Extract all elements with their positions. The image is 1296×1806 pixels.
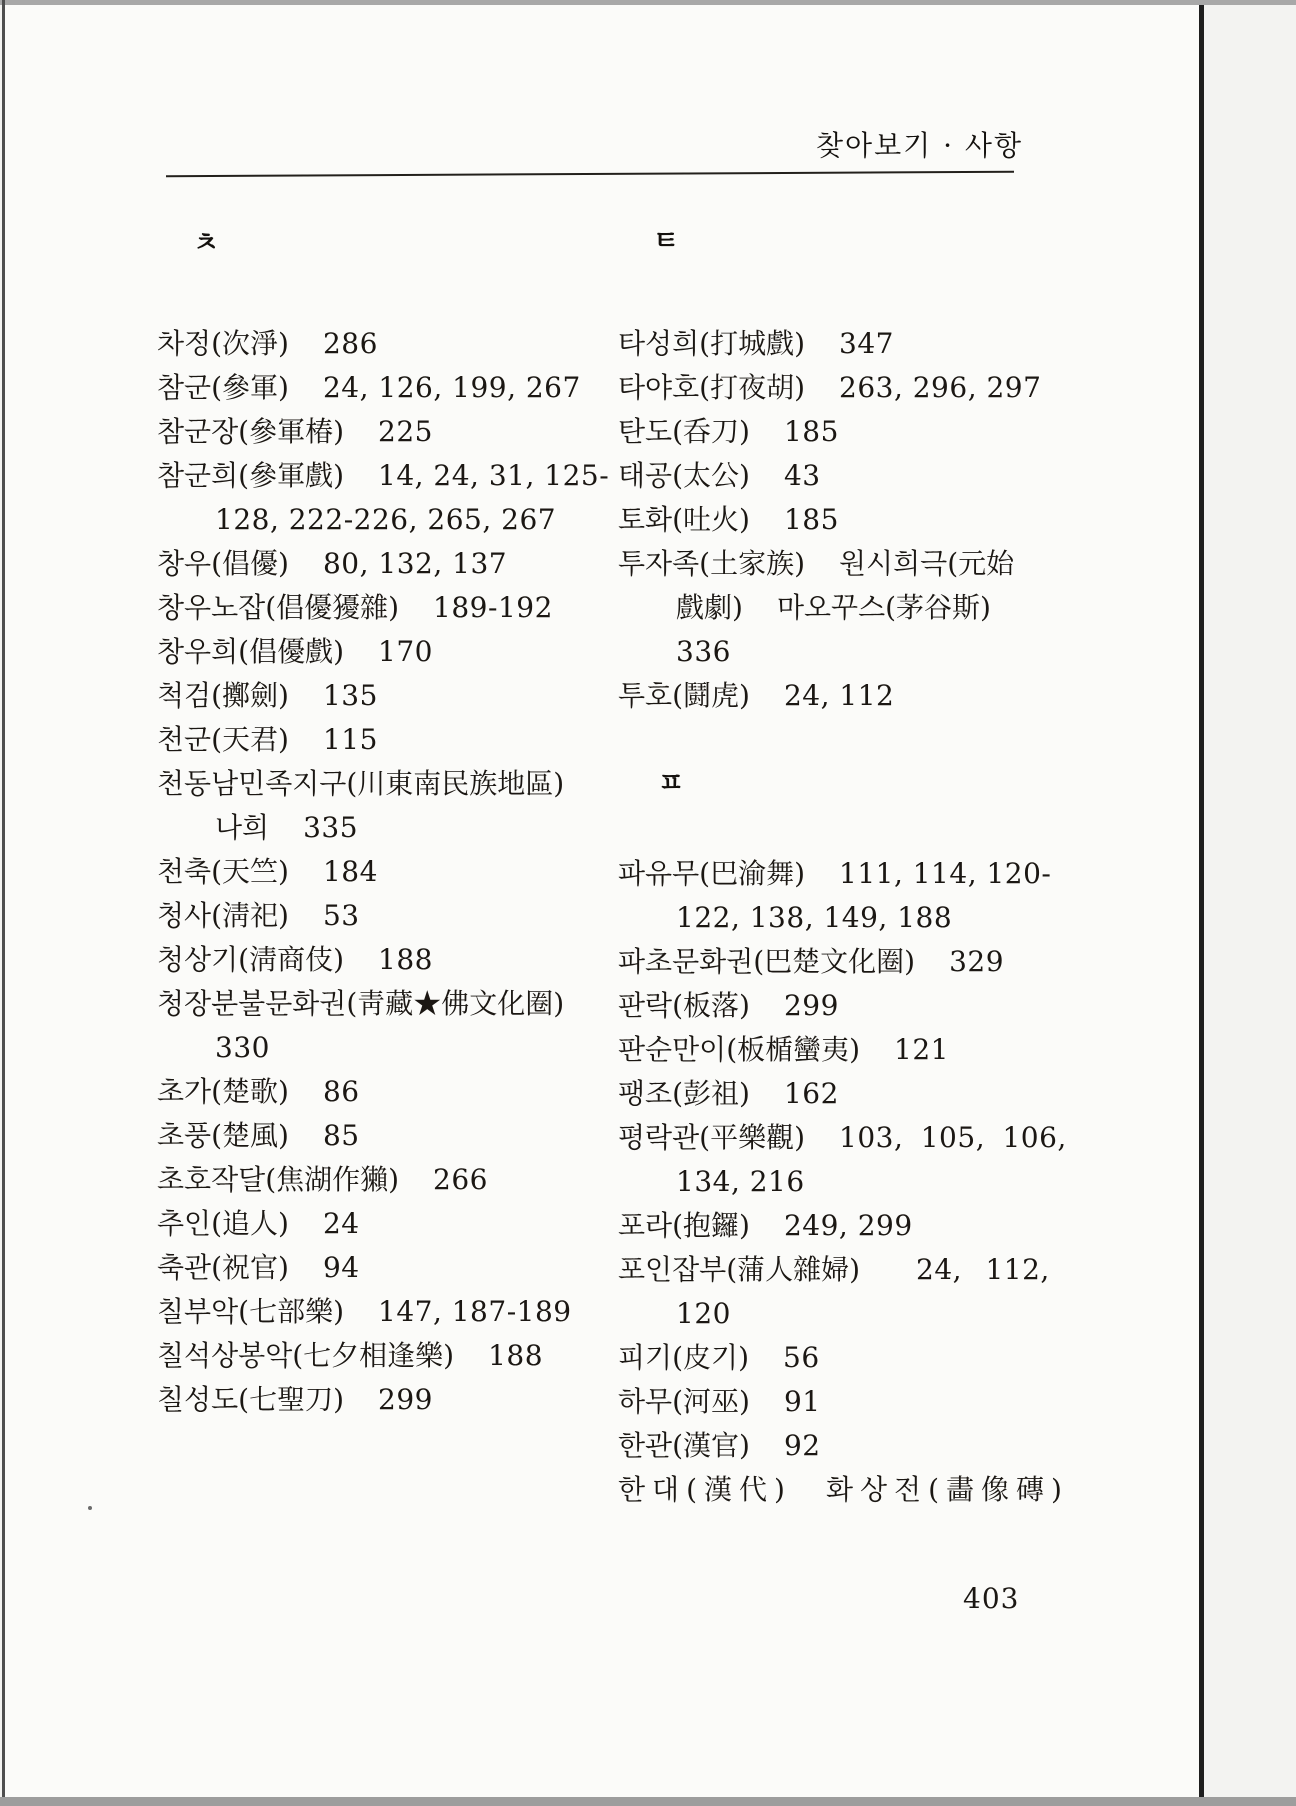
entry-cross-reference: 원시희극(元始 (839, 547, 1014, 580)
entry-pages: 170 (378, 635, 433, 668)
scanned-book-page: { "header": { "title": "찾아보기 · 사항" }, "s… (0, 0, 1296, 1806)
page-number: 403 (963, 1582, 1019, 1615)
entry-term: 태공(太公) (618, 459, 750, 492)
entry-term: 한관(漢官) (618, 1429, 750, 1462)
entry-pages: 249, 299 (784, 1209, 913, 1242)
entry-pages: 347 (839, 327, 894, 360)
entry-term: 청상기(淸商伎) (157, 943, 344, 976)
entry-term: 투자족(土家族) (618, 547, 805, 580)
index-entry-continuation: 128, 222-226, 265, 267 (157, 498, 642, 542)
index-entry: 판순만이(板楯蠻夷)121 (618, 1028, 1048, 1072)
entry-term: 천축(天竺) (157, 855, 289, 888)
scan-edge-bottom (0, 1797, 1296, 1806)
section-letter-chieut: ㅊ (193, 230, 219, 257)
entry-term: 축관(祝官) (157, 1251, 289, 1284)
scan-edge-right (1199, 5, 1204, 1798)
entry-term: 평락관(平樂觀) (618, 1121, 805, 1154)
entry-cross-reference: 마오꾸스(茅谷斯) (777, 591, 991, 624)
entry-pages: 335 (303, 811, 358, 844)
entry-term: 하무(河巫) (618, 1385, 750, 1418)
index-entry: 초풍(楚風)85 (157, 1114, 642, 1158)
entry-term: 판순만이(板楯蠻夷) (618, 1033, 860, 1066)
entry-term: 참군(參軍) (157, 371, 289, 404)
entry-pages: 120 (676, 1297, 731, 1330)
index-entry: 축관(祝官)94 (157, 1246, 642, 1290)
entry-term: 팽조(彭祖) (618, 1077, 750, 1110)
entry-pages: 147, 187-189 (378, 1295, 572, 1328)
index-entry-continuation: 330 (157, 1026, 642, 1070)
index-entry: 한대(漢代)화상전(畵像磚) (618, 1468, 1048, 1512)
entry-pages: 85 (323, 1119, 360, 1152)
entry-pages: 263, 296, 297 (839, 371, 1041, 404)
index-entry: 청상기(淸商伎)188 (157, 938, 642, 982)
index-column-right-top: 타성희(打城戲)347 타야호(打夜胡)263, 296, 297 탄도(呑刀)… (618, 322, 1048, 718)
entry-pages: 103, 105, 106, (839, 1121, 1067, 1154)
entry-term: 칠성도(七聖刀) (157, 1383, 344, 1416)
index-entry: 파초문화권(巴楚文化圈)329 (618, 940, 1048, 984)
entry-term: 청사(淸祀) (157, 899, 289, 932)
entry-term: 청장분불문화권(靑藏★佛文化圈) (157, 987, 564, 1020)
entry-pages: 299 (378, 1383, 433, 1416)
scan-edge-left (2, 0, 5, 1806)
entry-term: 척검(擲劍) (157, 679, 289, 712)
index-entry: 천동남민족지구(川東南民族地區) (157, 762, 642, 806)
entry-term: 피기(皮기) (618, 1341, 749, 1374)
index-entry: 타야호(打夜胡)263, 296, 297 (618, 366, 1048, 410)
index-entry: 척검(擲劍)135 (157, 674, 642, 718)
index-entry: 태공(太公)43 (618, 454, 1048, 498)
entry-pages: 266 (433, 1163, 488, 1196)
entry-pages: 188 (378, 943, 433, 976)
running-header: 찾아보기 · 사항 (0, 124, 1023, 164)
entry-pages: 92 (784, 1429, 821, 1462)
index-entry: 참군장(參軍椿)225 (157, 410, 642, 454)
entry-pages: 111, 114, 120- (839, 857, 1051, 890)
index-entry: 탄도(呑刀)185 (618, 410, 1048, 454)
index-entry-continuation: 나희335 (157, 806, 642, 850)
entry-term: 판락(板落) (618, 989, 750, 1022)
entry-term: 초가(楚歌) (157, 1075, 289, 1108)
entry-term: 포라(抱鑼) (618, 1209, 750, 1242)
entry-pages: 24, 126, 199, 267 (323, 371, 581, 404)
index-entry: 차정(次淨)286 (157, 322, 642, 366)
index-entry: 추인(追人)24 (157, 1202, 642, 1246)
entry-pages: 336 (676, 635, 731, 668)
index-entry: 파유무(巴渝舞)111, 114, 120- (618, 852, 1048, 896)
index-entry: 피기(皮기)56 (618, 1336, 1048, 1380)
index-entry: 한관(漢官)92 (618, 1424, 1048, 1468)
entry-pages: 184 (323, 855, 378, 888)
entry-term: 창우희(倡優戲) (157, 635, 344, 668)
entry-pages: 80, 132, 137 (323, 547, 507, 580)
entry-pages: 134, 216 (676, 1165, 805, 1198)
entry-term: 타야호(打夜胡) (618, 371, 805, 404)
index-entry: 청사(淸祀)53 (157, 894, 642, 938)
entry-pages: 24, 112 (784, 679, 894, 712)
entry-term: 천동남민족지구(川東南民族地區) (157, 767, 564, 800)
entry-pages: 185 (784, 415, 839, 448)
index-entry: 창우희(倡優戲)170 (157, 630, 642, 674)
index-column-right-bottom: 파유무(巴渝舞)111, 114, 120- 122, 138, 149, 18… (618, 852, 1048, 1512)
entry-pages: 286 (323, 327, 378, 360)
entry-term: 투호(鬪虎) (618, 679, 750, 712)
index-entry: 청장분불문화권(靑藏★佛文化圈) (157, 982, 642, 1026)
entry-pages: 299 (784, 989, 839, 1022)
entry-term: 토화(吐火) (618, 503, 750, 536)
index-entry: 칠부악(七部樂)147, 187-189 (157, 1290, 642, 1334)
entry-pages: 86 (323, 1075, 360, 1108)
entry-pages: 56 (783, 1341, 820, 1374)
entry-pages: 188 (488, 1339, 543, 1372)
index-entry: 칠석상봉악(七夕相逢樂)188 (157, 1334, 642, 1378)
entry-term: 천군(天君) (157, 723, 289, 756)
index-entry: 초호작달(焦湖作獺)266 (157, 1158, 642, 1202)
index-entry: 하무(河巫)91 (618, 1380, 1048, 1424)
scan-speck (88, 1506, 92, 1510)
entry-pages: 225 (378, 415, 433, 448)
index-entry: 팽조(彭祖)162 (618, 1072, 1048, 1116)
entry-pages: 91 (784, 1385, 821, 1418)
index-entry: 평락관(平樂觀)103, 105, 106, (618, 1116, 1048, 1160)
entry-subterm: 나희 (215, 811, 269, 844)
entry-pages: 122, 138, 149, 188 (676, 901, 952, 934)
index-entry: 천축(天竺)184 (157, 850, 642, 894)
index-entry-continuation: 134, 216 (618, 1160, 1048, 1204)
index-entry: 투자족(土家族)원시희극(元始 (618, 542, 1048, 586)
entry-pages: 185 (784, 503, 839, 536)
entry-term: 파유무(巴渝舞) (618, 857, 805, 890)
index-entry: 포인잡부(蒲人雜婦)24, 112, (618, 1248, 1048, 1292)
index-entry: 창우(倡優)80, 132, 137 (157, 542, 642, 586)
index-column-left: 차정(次淨)286 참군(參軍)24, 126, 199, 267 참군장(參軍… (157, 322, 642, 1422)
entry-pages: 14, 24, 31, 125- (378, 459, 609, 492)
entry-term: 초호작달(焦湖作獺) (157, 1163, 399, 1196)
index-entry: 칠성도(七聖刀)299 (157, 1378, 642, 1422)
entry-pages: 24, 112, (916, 1253, 1050, 1286)
entry-pages: 329 (949, 945, 1004, 978)
index-entry-continuation: 122, 138, 149, 188 (618, 896, 1048, 940)
index-entry: 초가(楚歌)86 (157, 1070, 642, 1114)
entry-pages: 121 (894, 1033, 949, 1066)
entry-term: 파초문화권(巴楚文化圈) (618, 945, 915, 978)
entry-term: 한대(漢代) (618, 1473, 792, 1506)
entry-term: 타성희(打城戲) (618, 327, 805, 360)
entry-term: 차정(次淨) (157, 327, 289, 360)
entry-pages: 24 (323, 1207, 360, 1240)
index-entry: 포라(抱鑼)249, 299 (618, 1204, 1048, 1248)
entry-pages: 94 (323, 1251, 360, 1284)
index-entry: 천군(天君)115 (157, 718, 642, 762)
entry-term: 창우(倡優) (157, 547, 289, 580)
index-entry: 참군(參軍)24, 126, 199, 267 (157, 366, 642, 410)
index-entry-continuation: 120 (618, 1292, 1048, 1336)
entry-term: 추인(追人) (157, 1207, 289, 1240)
entry-term: 참군희(參軍戲) (157, 459, 344, 492)
section-letter-tieut: ㅌ (653, 228, 679, 255)
index-entry-continuation: 戲劇)마오꾸스(茅谷斯) (618, 586, 1048, 630)
scan-edge-top (0, 0, 1296, 5)
entry-pages: 162 (784, 1077, 839, 1110)
entry-term: 戲劇) (676, 591, 743, 624)
entry-term: 초풍(楚風) (157, 1119, 289, 1152)
index-entry-continuation: 336 (618, 630, 1048, 674)
entry-term: 참군장(參軍椿) (157, 415, 344, 448)
entry-pages: 128, 222-226, 265, 267 (215, 503, 556, 536)
entry-term: 포인잡부(蒲人雜婦) (618, 1253, 860, 1286)
index-entry: 타성희(打城戲)347 (618, 322, 1048, 366)
entry-pages: 135 (323, 679, 378, 712)
entry-pages: 115 (323, 723, 378, 756)
index-entry: 참군희(參軍戲)14, 24, 31, 125- (157, 454, 642, 498)
index-entry: 토화(吐火)185 (618, 498, 1048, 542)
entry-term: 칠부악(七部樂) (157, 1295, 344, 1328)
section-letter-pieup: ㅍ (658, 770, 684, 797)
entry-term: 칠석상봉악(七夕相逢樂) (157, 1339, 454, 1372)
entry-cross-reference: 화상전(畵像磚) (826, 1473, 1069, 1506)
entry-pages: 43 (784, 459, 821, 492)
entry-pages: 189-192 (433, 591, 553, 624)
entry-pages: 53 (323, 899, 360, 932)
entry-term: 창우노잡(倡優獶雜) (157, 591, 399, 624)
index-entry: 판락(板落)299 (618, 984, 1048, 1028)
index-entry: 투호(鬪虎)24, 112 (618, 674, 1048, 718)
entry-term: 탄도(呑刀) (618, 415, 750, 448)
index-entry: 창우노잡(倡優獶雜)189-192 (157, 586, 642, 630)
entry-pages: 330 (215, 1031, 270, 1064)
